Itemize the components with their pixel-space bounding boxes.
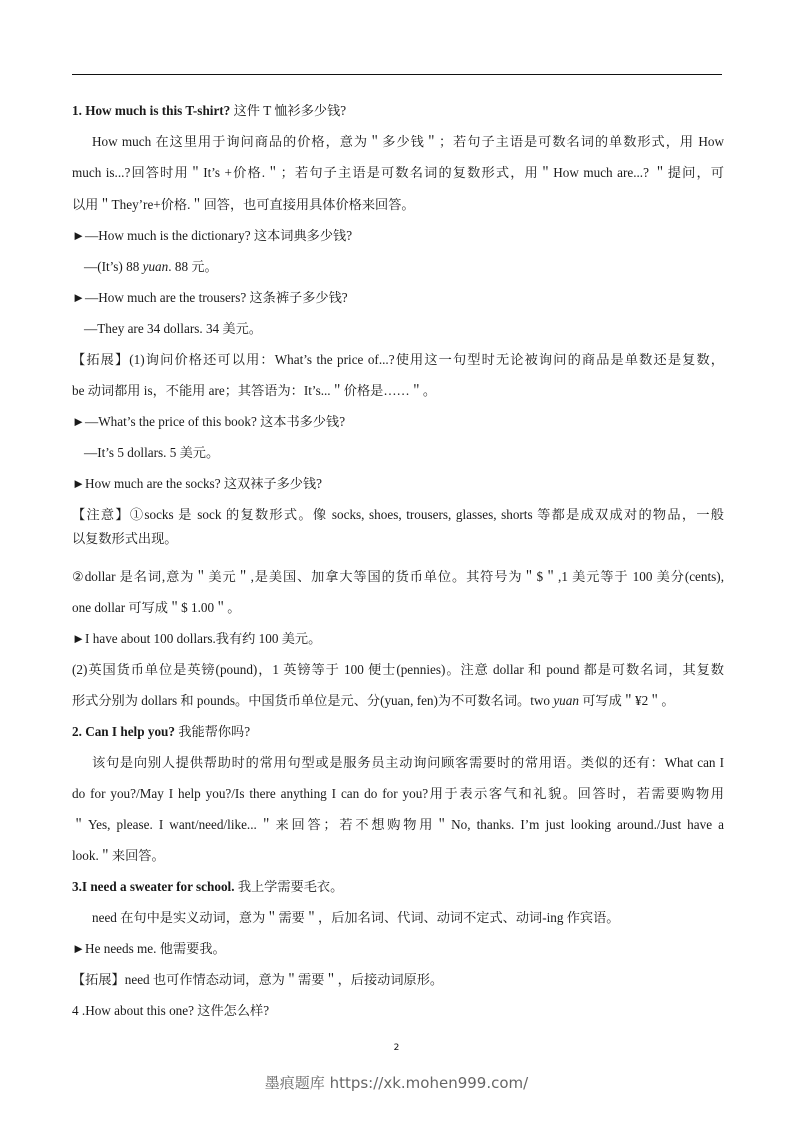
- heading-4: 4 .How about this one? 这件怎么样?: [72, 1002, 269, 1020]
- example-line: ►—How much are the trousers? 这条裤子多少钱?: [72, 289, 348, 307]
- example-answer: —It’s 5 dollars. 5 美元。: [84, 444, 219, 462]
- page-number: 2: [0, 1043, 793, 1053]
- paragraph-line: ②dollar 是名词,意为＂美元＂,是美国、加拿大等国的货币单位。其符号为＂$…: [72, 568, 724, 586]
- example-line: ►—How much is the dictionary? 这本词典多少钱?: [72, 227, 352, 245]
- paragraph-line: 形式分别为 dollars 和 pounds。中国货币单位是元、分(yuan, …: [72, 692, 675, 710]
- heading-2: 2. Can I help you? 我能帮你吗?: [72, 723, 250, 741]
- heading-2-chinese: 我能帮你吗?: [175, 724, 250, 739]
- attention-note: 【注意】①socks 是 sock 的复数形式。像 socks, shoes, …: [72, 506, 724, 524]
- paragraph-line: 以用＂They’re+价格.＂回答，也可直接用具体价格来回答。: [72, 196, 415, 214]
- example-line: ►How much are the socks? 这双袜子多少钱?: [72, 475, 322, 493]
- paragraph-line: need 在句中是实义动词，意为＂需要＂，后加名词、代词、动词不定式、动词-in…: [92, 909, 619, 927]
- heading-3-english: 3.I need a sweater for school.: [72, 879, 235, 894]
- header-rule: [72, 74, 722, 75]
- paragraph-line: do for you?/May I help you?/Is there any…: [72, 785, 724, 803]
- extension-note: 【拓展】(1)询问价格还可以用：What’s the price of...?使…: [72, 351, 724, 369]
- heading-1-english: 1. How much is this T-shirt?: [72, 103, 230, 118]
- heading-3-chinese: 我上学需要毛衣。: [235, 879, 344, 894]
- heading-1: 1. How much is this T-shirt? 这件 T 恤衫多少钱?: [72, 102, 346, 120]
- text-segment: —(It’s) 88: [84, 259, 143, 274]
- example-line: ►I have about 100 dollars.我有约 100 美元。: [72, 630, 321, 648]
- paragraph-line: much is...?回答时用＂It’s +价格.＂；若句子主语是可数名词的复数…: [72, 164, 724, 182]
- text-segment: 可写成＂¥2＂。: [579, 693, 675, 708]
- watermark: 墨痕题库 https://xk.mohen999.com/: [0, 1072, 793, 1093]
- paragraph-line: ＂Yes, please. I want/need/like...＂来回答；若不…: [72, 816, 724, 834]
- example-answer: —They are 34 dollars. 34 美元。: [84, 320, 262, 338]
- heading-1-chinese: 这件 T 恤衫多少钱?: [230, 103, 346, 118]
- paragraph-line: (2)英国货币单位是英镑(pound)，1 英镑等于 100 便士(pennie…: [72, 661, 724, 679]
- text-segment: . 88 元。: [168, 259, 217, 274]
- italic-segment: yuan: [143, 259, 169, 274]
- text-segment: 形式分别为 dollars 和 pounds。中国货币单位是元、分(yuan, …: [72, 693, 553, 708]
- example-answer: —(It’s) 88 yuan. 88 元。: [84, 258, 218, 276]
- paragraph-line: look.＂来回答。: [72, 847, 165, 865]
- paragraph-line: 以复数形式出现。: [72, 530, 178, 548]
- paragraph-line: How much 在这里用于询问商品的价格，意为＂多少钱＂；若句子主语是可数名词…: [92, 133, 724, 151]
- paragraph-line: be 动词都用 is，不能用 are；其答语为：It’s...＂价格是……＂。: [72, 382, 436, 400]
- heading-3: 3.I need a sweater for school. 我上学需要毛衣。: [72, 878, 343, 896]
- paragraph-line: one dollar 可写成＂$ 1.00＂。: [72, 599, 241, 617]
- paragraph-line: 该句是向别人提供帮助时的常用句型或是服务员主动询问顾客需要时的常用语。类似的还有…: [92, 754, 724, 772]
- example-line: ►—What’s the price of this book? 这本书多少钱?: [72, 413, 345, 431]
- heading-2-english: 2. Can I help you?: [72, 724, 175, 739]
- example-line: ►He needs me. 他需要我。: [72, 940, 226, 958]
- italic-segment: yuan: [553, 693, 579, 708]
- extension-note: 【拓展】need 也可作情态动词，意为＂需要＂，后接动词原形。: [72, 971, 443, 989]
